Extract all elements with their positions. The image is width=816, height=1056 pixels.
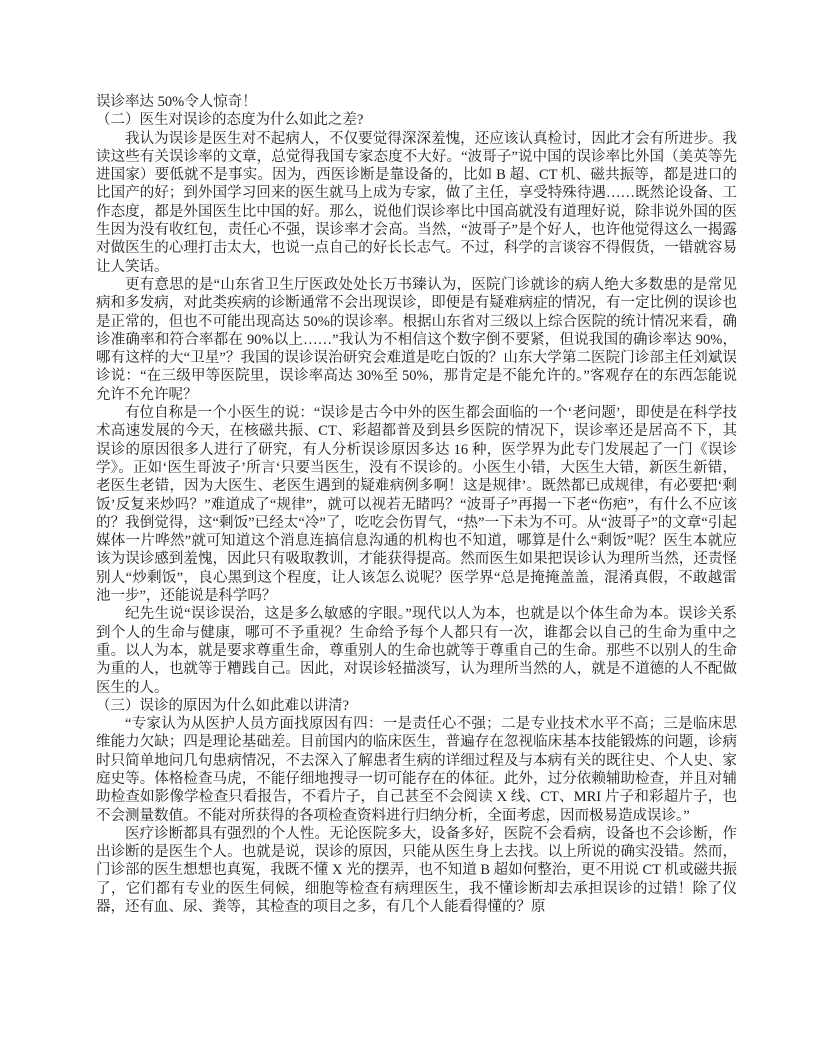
paragraph-continuation: 误诊率达 50%令人惊奇！ bbox=[96, 93, 737, 111]
section-heading-three: （三）误诊的原因为什么如此难以讲清? bbox=[96, 697, 737, 715]
paragraph: 更有意思的是“山东省卫生厅医政处处长万书臻认为，医院门诊就诊的病人绝大多数患的是… bbox=[96, 276, 737, 404]
paragraph: 我认为误诊是医生对不起病人，不仅要觉得深深羞愧，还应该认真检讨，因此才会有所进步… bbox=[96, 130, 737, 276]
paragraph: 医疗诊断都具有强烈的个人性。无论医院多大，设备多好，医院不会看病，设备也不会诊断… bbox=[96, 825, 737, 916]
section-heading-two: （二）医生对误诊的态度为什么如此之差? bbox=[96, 111, 737, 129]
paragraph: 纪先生说“误诊误治，这是多么敏感的字眼。”现代以人为本，也就是以个体生命为本。误… bbox=[96, 605, 737, 696]
paragraph: “专家认为从医护人员方面找原因有四：一是责任心不强；二是专业技术水平不高；三是临… bbox=[96, 715, 737, 825]
document-page: 误诊率达 50%令人惊奇！ （二）医生对误诊的态度为什么如此之差? 我认为误诊是… bbox=[0, 0, 816, 1056]
paragraph: 有位自称是一个小医生的说：“误诊是古今中外的医生都会面临的一个‘老问题’，即使是… bbox=[96, 404, 737, 605]
document-body: 误诊率达 50%令人惊奇！ （二）医生对误诊的态度为什么如此之差? 我认为误诊是… bbox=[96, 93, 737, 916]
